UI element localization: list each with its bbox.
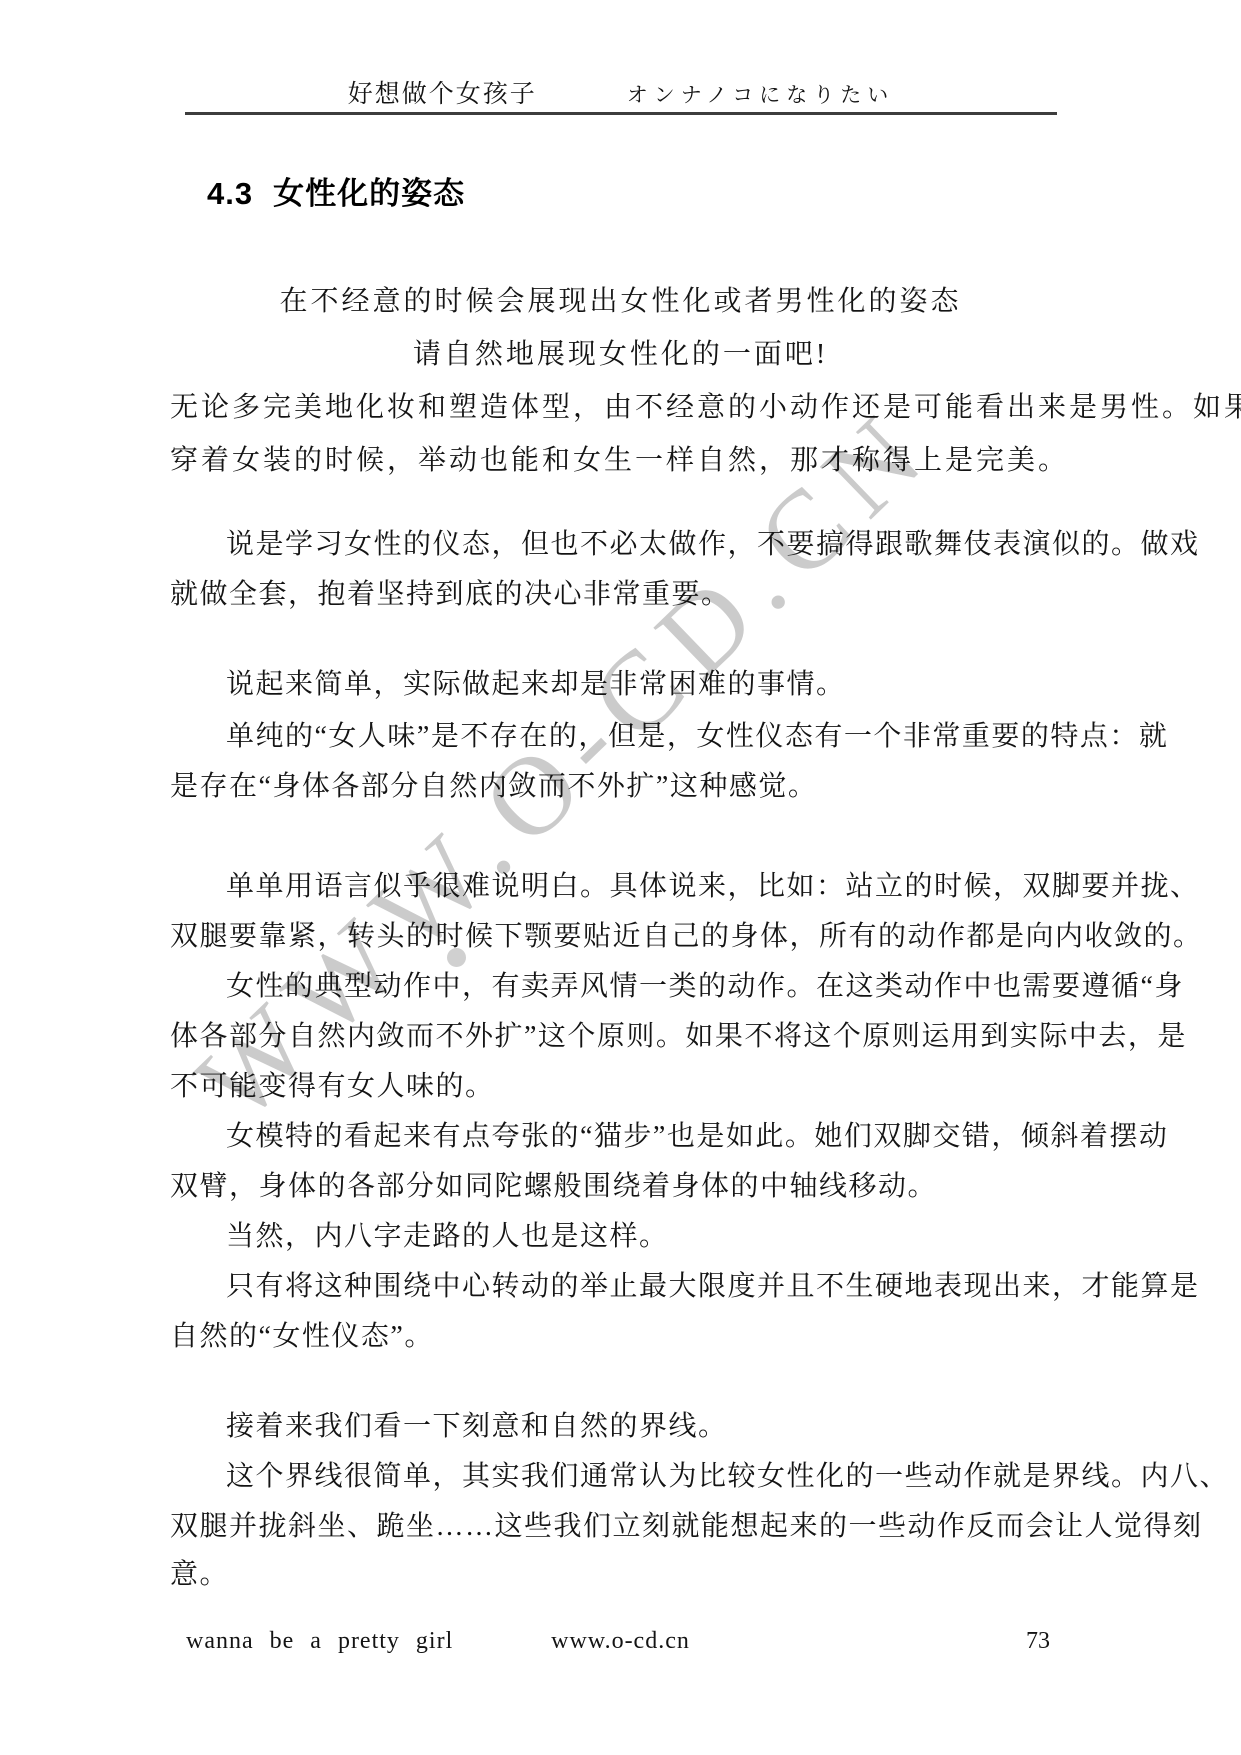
body-line: 体各部分自然内敛而不外扩”这个原则。如果不将这个原则运用到实际中去，是 (170, 1020, 1187, 1054)
section-heading: 4.3女性化的姿态 (207, 168, 465, 213)
body-line: 请自然地展现女性化的一面吧! (0, 338, 1241, 372)
page-footer: wanna be a pretty girl www.o-cd.cn 73 (0, 1628, 1241, 1662)
body-line: 单纯的“女人味”是不存在的，但是，女性仪态有一个非常重要的特点：就 (226, 720, 1168, 754)
body-line: 无论多完美地化妆和塑造体型，由不经意的小动作还是可能看出来是男性。如果 (170, 391, 1241, 425)
book-page: WWW.O-CD.CN 好想做个女孩子 オンナノコになりたい 4.3女性化的姿态… (0, 0, 1241, 1755)
body-line: 说起来简单，实际做起来却是非常困难的事情。 (226, 668, 846, 702)
footer-website-url: www.o-cd.cn (0, 1628, 1241, 1655)
body-line: 女性的典型动作中，有卖弄风情一类的动作。在这类动作中也需要遵循“身 (226, 970, 1184, 1004)
body-line: 就做全套，抱着坚持到底的决心非常重要。 (170, 578, 731, 612)
body-line: 说是学习女性的仪态，但也不必太做作，不要搞得跟歌舞伎表演似的。做戏 (226, 528, 1200, 562)
body-line: 双腿要靠紧，转头的时候下颚要贴近自己的身体，所有的动作都是向内收敛的。 (170, 920, 1203, 954)
header-title-japanese: オンナノコになりたい (627, 79, 894, 109)
section-number: 4.3 (207, 176, 253, 211)
body-line: 是存在“身体各部分自然内敛而不外扩”这种感觉。 (170, 770, 817, 804)
header-title-chinese: 好想做个女孩子 (348, 74, 537, 110)
body-line: 双腿并拢斜坐、跪坐……这些我们立刻就能想起来的一些动作反而会让人觉得刻 (170, 1510, 1203, 1544)
header-divider-rule (185, 112, 1057, 115)
section-title: 女性化的姿态 (273, 176, 465, 211)
page-header: 好想做个女孩子 オンナノコになりたい (185, 74, 1057, 110)
body-line: 不可能变得有女人味的。 (170, 1070, 495, 1104)
footer-page-number: 73 (1026, 1628, 1050, 1655)
body-line: 这个界线很简单，其实我们通常认为比较女性化的一些动作就是界线。内八、 (226, 1460, 1229, 1494)
body-line: 接着来我们看一下刻意和自然的界线。 (226, 1410, 728, 1444)
body-line: 意。 (170, 1558, 229, 1592)
body-line: 在不经意的时候会展现出女性化或者男性化的姿态 (0, 285, 1241, 319)
body-line: 穿着女装的时候，举动也能和女生一样自然，那才称得上是完美。 (170, 444, 1069, 478)
body-line: 双臂，身体的各部分如同陀螺般围绕着身体的中轴线移动。 (170, 1170, 937, 1204)
body-line: 自然的“女性仪态”。 (170, 1320, 434, 1354)
body-line: 单单用语言似乎很难说明白。具体说来，比如：站立的时候，双脚要并拢、 (226, 870, 1200, 904)
body-line: 女模特的看起来有点夸张的“猫步”也是如此。她们双脚交错，倾斜着摆动 (226, 1120, 1168, 1154)
body-line: 只有将这种围绕中心转动的举止最大限度并且不生硬地表现出来，才能算是 (226, 1270, 1200, 1304)
body-line: 当然，内八字走路的人也是这样。 (226, 1220, 669, 1254)
